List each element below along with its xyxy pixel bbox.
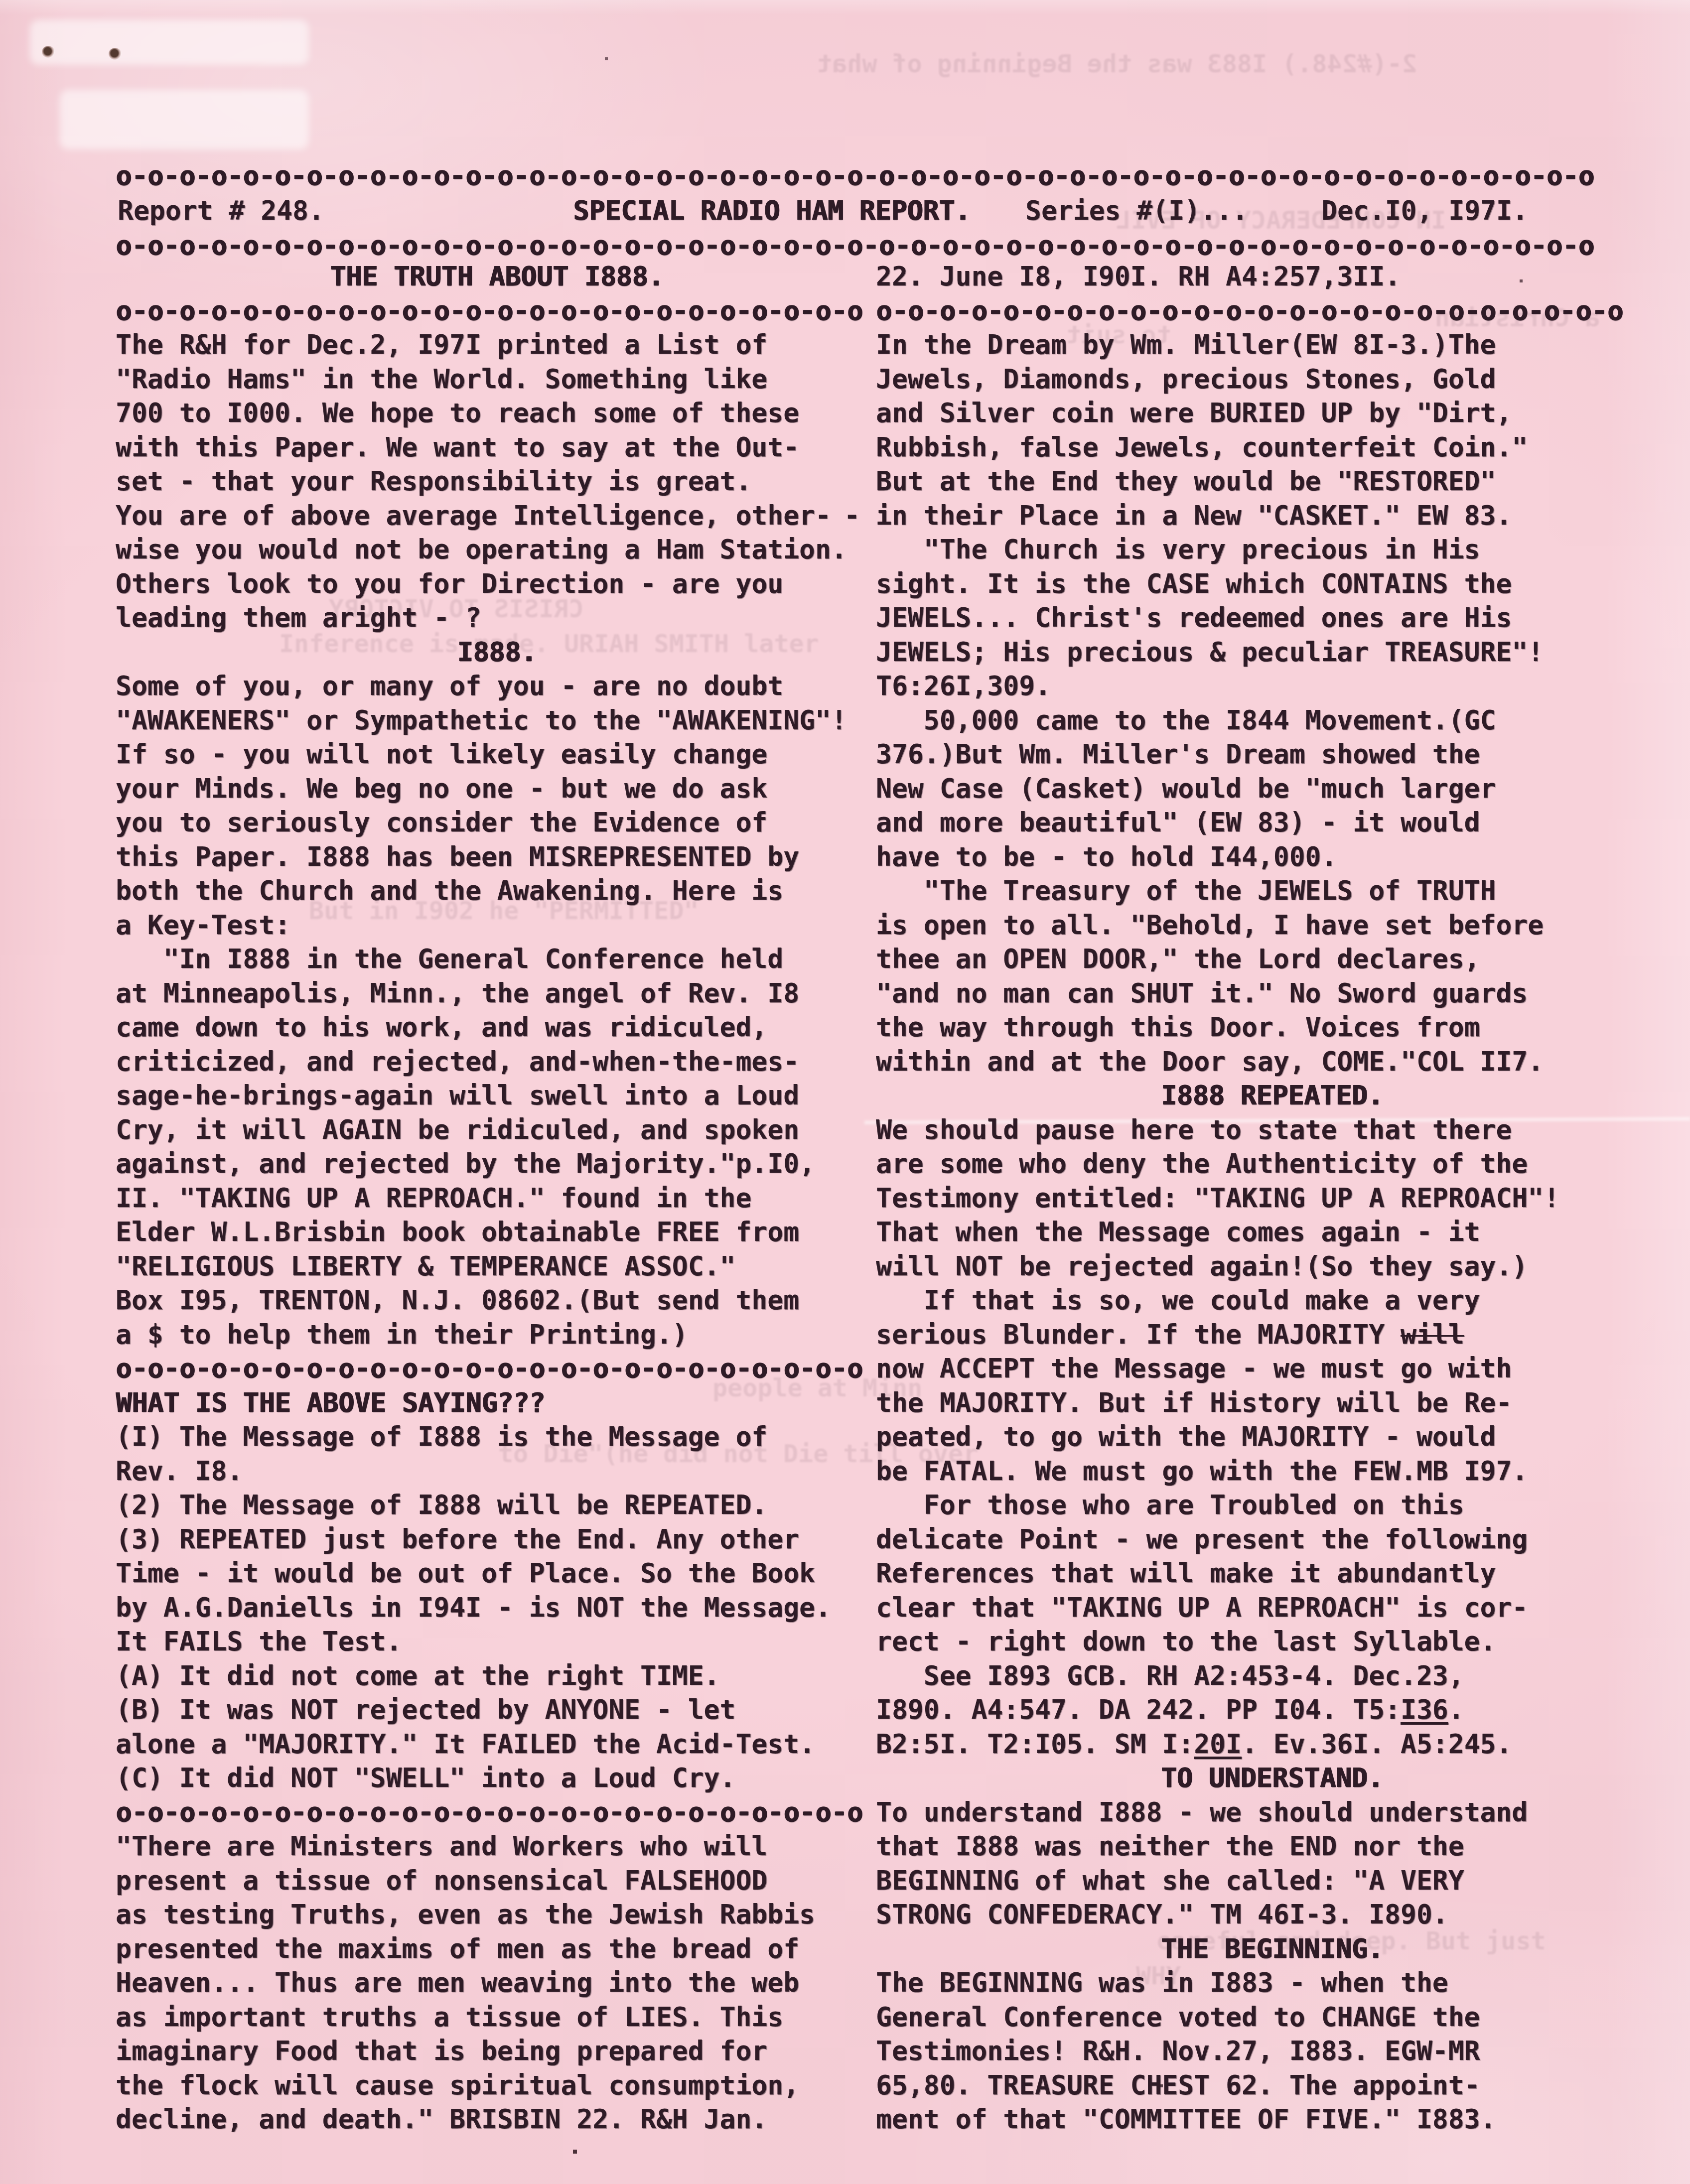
separator-line: o-o-o-o-o-o-o-o-o-o-o-o-o-o-o-o-o-o-o-o-…: [116, 1352, 878, 1386]
text-line: THE TRUTH ABOUT I888.: [116, 260, 878, 294]
text-line: Others look to you for Direction - are y…: [116, 567, 878, 602]
text-line: TO UNDERSTAND.: [876, 1762, 1668, 1796]
text-line: JEWELS... Christ's redeemed ones are His: [876, 601, 1668, 636]
text-line: (B) It was NOT rejected by ANYONE - let: [116, 1693, 878, 1728]
text-line: We should pause here to state that there: [876, 1113, 1668, 1148]
text-line: (3) REPEATED just before the End. Any ot…: [116, 1523, 878, 1557]
text-segment: serious Blunder. If the MAJORITY: [876, 1320, 1401, 1350]
text-line: sight. It is the CASE which CONTAINS the: [876, 567, 1668, 602]
text-line: your Minds. We beg no one - but we do as…: [116, 772, 878, 807]
text-line: Some of you, or many of you - are no dou…: [116, 670, 878, 704]
text-line: serious Blunder. If the MAJORITY will: [876, 1318, 1668, 1353]
text-line: the way through this Door. Voices from: [876, 1011, 1668, 1045]
text-line: - in their Place in a New "CASKET." EW 8…: [844, 499, 1668, 534]
scan-specks: [0, 0, 1, 1]
text-line: I888.: [116, 636, 878, 670]
text-line: BEGINNING of what she called: "A VERY: [876, 1864, 1668, 1899]
text-line: set - that your Responsibility is great.: [116, 465, 878, 499]
text-line: Rubbish, false Jewels, counterfeit Coin.…: [876, 431, 1668, 465]
underlined-reference: 20I: [1194, 1729, 1242, 1760]
text-line: peated, to go with the MAJORITY - would: [876, 1420, 1668, 1455]
text-line: For those who are Troubled on this: [876, 1489, 1668, 1523]
text-line: The R&H for Dec.2, I97I printed a List o…: [116, 328, 878, 363]
separator-line: o-o-o-o-o-o-o-o-o-o-o-o-o-o-o-o-o-o-o-o-…: [116, 294, 878, 329]
text-line: I890. A4:547. DA 242. PP I04. T5:I36.: [876, 1693, 1668, 1728]
staple-hole: [109, 48, 122, 60]
text-line: that I888 was neither the END nor the: [876, 1830, 1668, 1864]
text-line: The BEGINNING was in I883 - when the: [876, 1966, 1668, 2001]
text-line: sage-he-brings-again will swell into a L…: [116, 1079, 878, 1113]
text-line: a Key-Test:: [116, 909, 878, 943]
masthead-separator-top: o-o-o-o-o-o-o-o-o-o-o-o-o-o-o-o-o-o-o-o-…: [116, 159, 1594, 194]
text-line: alone a "MAJORITY." It FAILED the Acid-T…: [116, 1728, 878, 1762]
text-line: "The Church is very precious in His: [876, 533, 1668, 567]
text-line: the flock will cause spiritual consumpti…: [116, 2069, 878, 2103]
text-line: imaginary Food that is being prepared fo…: [116, 2035, 878, 2069]
bleed-through-text: 2-(#248.) I883 was the Beginning of what: [817, 49, 1417, 79]
text-line: is open to all. "Behold, I have set befo…: [876, 909, 1668, 943]
text-line: within and at the Door say, COME."COL II…: [876, 1045, 1668, 1080]
text-line: JEWELS; His precious & peculiar TREASURE…: [876, 636, 1668, 670]
text-line: II. "TAKING UP A REPROACH." found in the: [116, 1182, 878, 1216]
left-column: THE TRUTH ABOUT I888.o-o-o-o-o-o-o-o-o-o…: [116, 260, 878, 2137]
text-line: That when the Message comes again - it: [876, 1216, 1668, 1250]
text-line: leading them aright - ?: [116, 601, 878, 636]
text-line: 50,000 came to the I844 Movement.(GC: [876, 704, 1668, 738]
text-line: References that will make it abundantly: [876, 1557, 1668, 1591]
text-line: General Conference voted to CHANGE the: [876, 2001, 1668, 2035]
separator-line: o-o-o-o-o-o-o-o-o-o-o-o-o-o-o-o-o-o-o-o-…: [116, 1796, 878, 1830]
staple-crease: [30, 20, 309, 65]
text-line: Testimonies! R&H. Nov.27, I883. EGW-MR: [876, 2035, 1668, 2069]
text-line: You are of above average Intelligence, o…: [116, 499, 878, 534]
text-line: thee an OPEN DOOR," the Lord declares,: [876, 943, 1668, 977]
text-line: are some who deny the Authenticity of th…: [876, 1147, 1668, 1182]
text-line: against, and rejected by the Majority."p…: [116, 1147, 878, 1182]
text-line: STRONG CONFEDERACY." TM 46I-3. I890.: [876, 1898, 1668, 1932]
text-line: by A.G.Daniells in I94I - is NOT the Mes…: [116, 1591, 878, 1626]
text-line: and more beautiful" (EW 83) - it would: [876, 806, 1668, 840]
text-line: and Silver coin were BURIED UP by "Dirt,: [876, 397, 1668, 431]
text-segment: B2:5I. T2:I05. SM I:: [876, 1729, 1194, 1760]
text-line: now ACCEPT the Message - we must go with: [876, 1352, 1668, 1386]
text-line: will NOT be rejected again!(So they say.…: [876, 1250, 1668, 1284]
text-line: THE BEGINNING.: [876, 1932, 1668, 1967]
text-line: "RELIGIOUS LIBERTY & TEMPERANCE ASSOC.": [116, 1250, 878, 1284]
separator-line: o-o-o-o-o-o-o-o-o-o-o-o-o-o-o-o-o-o-o-o-…: [876, 294, 1668, 329]
text-line: (A) It did not come at the right TIME.: [116, 1659, 878, 1694]
text-line: at Minneapolis, Minn., the angel of Rev.…: [116, 977, 878, 1011]
series-label: Series #(I)...: [1025, 194, 1248, 229]
text-line: "The Treasury of the JEWELS of TRUTH: [876, 874, 1668, 909]
text-line: New Case (Casket) would be "much larger: [876, 772, 1668, 807]
text-line: 376.)But Wm. Miller's Dream showed the: [876, 738, 1668, 772]
text-line: this Paper. I888 has been MISREPRESENTED…: [116, 840, 878, 875]
page-title: SPECIAL RADIO HAM REPORT.: [573, 194, 971, 229]
text-line: wise you would not be operating a Ham St…: [116, 533, 878, 567]
issue-date: Dec.I0, I97I.: [1321, 194, 1528, 229]
text-line: as testing Truths, even as the Jewish Ra…: [116, 1898, 878, 1932]
text-line: "There are Ministers and Workers who wil…: [116, 1830, 878, 1864]
struck-word: will: [1401, 1320, 1464, 1350]
text-line: (C) It did NOT "SWELL" into a Loud Cry.: [116, 1762, 878, 1796]
text-line: WHAT IS THE ABOVE SAYING???: [116, 1386, 878, 1421]
text-line: Heaven... Thus are men weaving into the …: [116, 1966, 878, 2001]
text-line: If that is so, we could make a very: [876, 1284, 1668, 1318]
text-line: Elder W.L.Brisbin book obtainable FREE f…: [116, 1216, 878, 1250]
text-line: (I) The Message of I888 is the Message o…: [116, 1420, 878, 1455]
text-line: have to be - to hold I44,000.: [876, 840, 1668, 875]
text-line: be FATAL. We must go with the FEW.MB I97…: [876, 1455, 1668, 1489]
text-line: B2:5I. T2:I05. SM I:20I. Ev.36I. A5:245.: [876, 1728, 1668, 1762]
text-line: present a tissue of nonsensical FALSEHOO…: [116, 1864, 878, 1899]
text-line: came down to his work, and was ridiculed…: [116, 1011, 878, 1045]
report-number: Report # 248.: [118, 194, 324, 229]
text-line: rect - right down to the last Syllable.: [876, 1625, 1668, 1659]
text-line: See I893 GCB. RH A2:453-4. Dec.23,: [876, 1659, 1668, 1694]
text-line: I888 REPEATED.: [876, 1079, 1668, 1113]
text-line: (2) The Message of I888 will be REPEATED…: [116, 1489, 878, 1523]
text-line: Testimony entitled: "TAKING UP A REPROAC…: [876, 1182, 1668, 1216]
staple-hole: [42, 46, 55, 58]
text-line: 65,80. TREASURE CHEST 62. The appoint-: [876, 2069, 1668, 2103]
text-line: "In I888 in the General Conference held: [116, 943, 878, 977]
text-line: as important truths a tissue of LIES. Th…: [116, 2001, 878, 2035]
text-line: "and no man can SHUT it." No Sword guard…: [876, 977, 1668, 1011]
scanned-typewritten-page: 2-(#248.) I883 was the Beginning of what…: [0, 0, 1690, 2184]
right-column: 22. June I8, I90I. RH A4:257,3II.o-o-o-o…: [876, 260, 1668, 2137]
text-line: Jewels, Diamonds, precious Stones, Gold: [876, 363, 1668, 397]
text-line: both the Church and the Awakening. Here …: [116, 874, 878, 909]
text-line: 700 to I000. We hope to reach some of th…: [116, 397, 878, 431]
text-line: the MAJORITY. But if History will be Re-: [876, 1386, 1668, 1421]
text-line: "Radio Hams" in the World. Something lik…: [116, 363, 878, 397]
text-line: you to seriously consider the Evidence o…: [116, 806, 878, 840]
text-line: Rev. I8.: [116, 1455, 878, 1489]
text-line: with this Paper. We want to say at the O…: [116, 431, 878, 465]
text-line: If so - you will not likely easily chang…: [116, 738, 878, 772]
text-segment: I890. A4:547. DA 242. PP I04. T5:: [876, 1695, 1401, 1725]
text-line: T6:26I,309.: [876, 670, 1668, 704]
text-line: But at the End they would be "RESTORED": [876, 465, 1668, 499]
text-line: delicate Point - we present the followin…: [876, 1523, 1668, 1557]
text-segment: .: [1448, 1695, 1464, 1725]
text-line: Cry, it will AGAIN be ridiculed, and spo…: [116, 1113, 878, 1148]
text-line: clear that "TAKING UP A REPROACH" is cor…: [876, 1591, 1668, 1626]
masthead-separator-bottom: o-o-o-o-o-o-o-o-o-o-o-o-o-o-o-o-o-o-o-o-…: [116, 229, 1594, 264]
underlined-reference: I36: [1401, 1695, 1448, 1725]
text-line: "AWAKENERS" or Sympathetic to the "AWAKE…: [116, 704, 878, 738]
text-line: presented the maxims of men as the bread…: [116, 1932, 878, 1967]
text-line: criticized, and rejected, and-when-the-m…: [116, 1045, 878, 1080]
text-segment: . Ev.36I. A5:245.: [1242, 1729, 1512, 1760]
text-line: a $ to help them in their Printing.): [116, 1318, 878, 1353]
text-line: It FAILS the Test.: [116, 1625, 878, 1659]
text-line: In the Dream by Wm. Miller(EW 8I-3.)The: [876, 328, 1668, 363]
text-line: 22. June I8, I90I. RH A4:257,3II.: [876, 260, 1668, 294]
staple-crease: [60, 90, 309, 149]
text-line: decline, and death." BRISBIN 22. R&H Jan…: [116, 2103, 878, 2137]
text-line: To understand I888 - we should understan…: [876, 1796, 1668, 1830]
text-line: Box I95, TRENTON, N.J. 08602.(But send t…: [116, 1284, 878, 1318]
text-line: ment of that "COMMITTEE OF FIVE." I883.: [876, 2103, 1668, 2137]
text-line: Time - it would be out of Place. So the …: [116, 1557, 878, 1591]
